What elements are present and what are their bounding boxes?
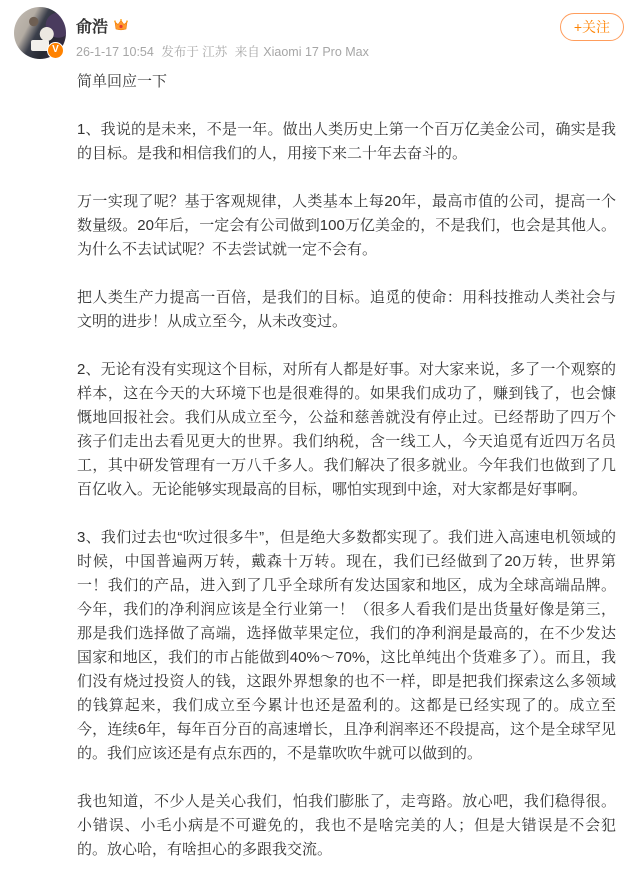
user-name[interactable]: 俞浩 bbox=[76, 14, 108, 37]
post-body: 简单回应一下1、我说的是未来，不是一年。做出人类历史上第一个百万亿美金公司，确实… bbox=[77, 70, 616, 882]
vip-crown-icon[interactable] bbox=[113, 17, 129, 33]
post-paragraph: 2、无论有没有实现这个目标，对所有人都是好事。对大家来说，多了一个观察的样本，这… bbox=[77, 358, 616, 502]
post-paragraph: 3、我们过去也“吹过很多牛”，但是绝大多数都实现了。我们进入高速电机领域的时候，… bbox=[77, 526, 616, 766]
post-source-device[interactable]: 来自 Xiaomi 17 Pro Max bbox=[235, 45, 369, 59]
weibo-post-page: V 俞浩 26-1-17 10:54 发布于 江苏 来自 Xiaomi 17 P… bbox=[0, 0, 640, 882]
follow-button[interactable]: +关注 bbox=[560, 13, 624, 41]
user-avatar[interactable]: V bbox=[14, 7, 66, 59]
post-location[interactable]: 发布于 江苏 bbox=[161, 45, 227, 59]
post-meta: 26-1-17 10:54 发布于 江苏 来自 Xiaomi 17 Pro Ma… bbox=[76, 42, 373, 60]
post-paragraph: 万一实现了呢？基于客观规律，人类基本上每20年，最高市值的公司，提高一个数量级。… bbox=[77, 190, 616, 262]
post-paragraph: 1、我说的是未来，不是一年。做出人类历史上第一个百万亿美金公司，确实是我的目标。… bbox=[77, 118, 616, 166]
post-paragraph: 简单回应一下 bbox=[77, 70, 616, 94]
user-info: 俞浩 26-1-17 10:54 发布于 江苏 来自 Xiaomi 17 Pro… bbox=[76, 14, 373, 60]
post-timestamp: 26-1-17 10:54 bbox=[76, 45, 154, 59]
post-header: V 俞浩 26-1-17 10:54 发布于 江苏 来自 Xiaomi 17 P… bbox=[0, 0, 640, 66]
verified-v-icon: V bbox=[47, 42, 64, 59]
post-paragraph: 我也知道，不少人是关心我们，怕我们膨胀了，走弯路。放心吧，我们稳得很。小错误、小… bbox=[77, 790, 616, 862]
post-paragraph: 把人类生产力提高一百倍，是我们的目标。追觅的使命：用科技推动人类社会与文明的进步… bbox=[77, 286, 616, 334]
